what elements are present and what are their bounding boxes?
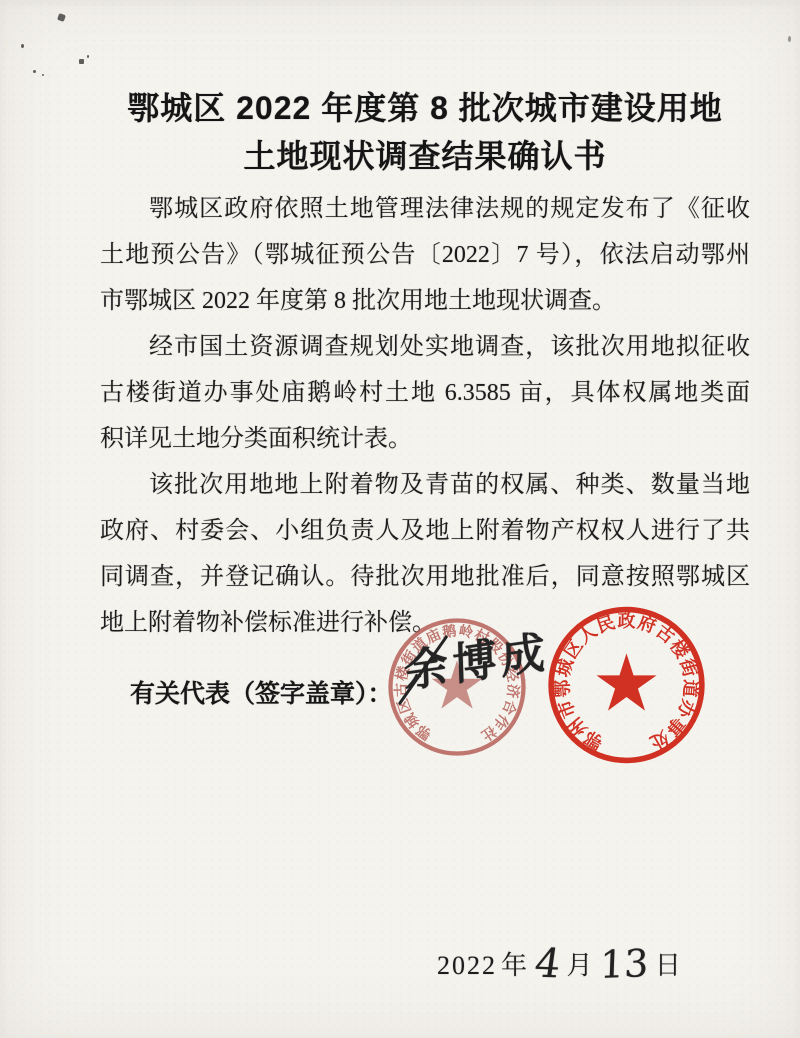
paragraph-2: 经市国土资源调查规划处实地调查，该批次用地拟征收 古楼街道办事处庙鹅岭村土地 6… xyxy=(100,324,750,462)
body-line: 经市国土资源调查规划处实地调查，该批次用地拟征收 xyxy=(100,324,750,370)
body-line: 古楼街道办事处庙鹅岭村土地 6.3585 亩，具体权属地类面 xyxy=(100,370,750,416)
ink-speckle xyxy=(57,13,66,22)
date-year: 2022 xyxy=(437,951,497,980)
date-line: 2022 年 4 月 13 日 xyxy=(437,938,683,990)
body-line: 土地预公告》（鄂城征预公告〔2022〕7 号），依法启动鄂州 xyxy=(100,232,750,278)
body-line: 同调查，并登记确认。待批次用地批准后，同意按照鄂城区 xyxy=(100,554,750,600)
ink-speckle xyxy=(788,36,791,42)
scanned-document-page: 鄂城区 2022 年度第 8 批次城市建设用地 土地现状调查结果确认书 鄂城区政… xyxy=(0,0,800,1038)
body-line: 政府、村委会、小组负责人及地上附着物产权权人进行了共 xyxy=(100,508,750,554)
title-line-1: 鄂城区 2022 年度第 8 批次城市建设用地 xyxy=(100,84,750,132)
body-line: 积详见土地分类面积统计表。 xyxy=(100,416,750,462)
date-day-unit: 日 xyxy=(655,951,683,980)
seal-star-icon xyxy=(596,653,656,710)
title-line-2: 土地现状调查结果确认书 xyxy=(100,132,750,180)
ink-speckle xyxy=(21,44,24,48)
body-line: 市鄂城区 2022 年度第 8 批次用地土地现状调查。 xyxy=(100,278,750,324)
document-title: 鄂城区 2022 年度第 8 批次城市建设用地 土地现状调查结果确认书 xyxy=(100,0,750,180)
body-line: 鄂城区政府依照土地管理法律法规的规定发布了《征收 xyxy=(100,186,750,232)
handwritten-day: 13 xyxy=(600,941,650,987)
round-seal-graphic: 鄂州市鄂城区人民政府古楼街道办事处 xyxy=(545,600,708,770)
signature-label: 有关代表（签字盖章）： xyxy=(130,680,393,708)
date-year-unit: 年 xyxy=(501,951,529,980)
body-line: 该批次用地地上附着物及青苗的权属、种类、数量当地 xyxy=(100,462,750,508)
government-office-seal: 鄂州市鄂城区人民政府古楼街道办事处 xyxy=(545,600,708,770)
paragraph-1: 鄂城区政府依照土地管理法律法规的规定发布了《征收 土地预公告》（鄂城征预公告〔2… xyxy=(100,186,750,324)
date-month-unit: 月 xyxy=(566,951,594,980)
ink-speckle xyxy=(79,59,84,64)
ink-speckle xyxy=(42,74,44,76)
ink-speckle xyxy=(33,70,36,73)
ink-speckle xyxy=(87,55,89,58)
document-body: 鄂城区政府依照土地管理法律法规的规定发布了《征收 土地预公告》（鄂城征预公告〔2… xyxy=(100,186,750,646)
handwritten-month: 4 xyxy=(532,941,564,988)
